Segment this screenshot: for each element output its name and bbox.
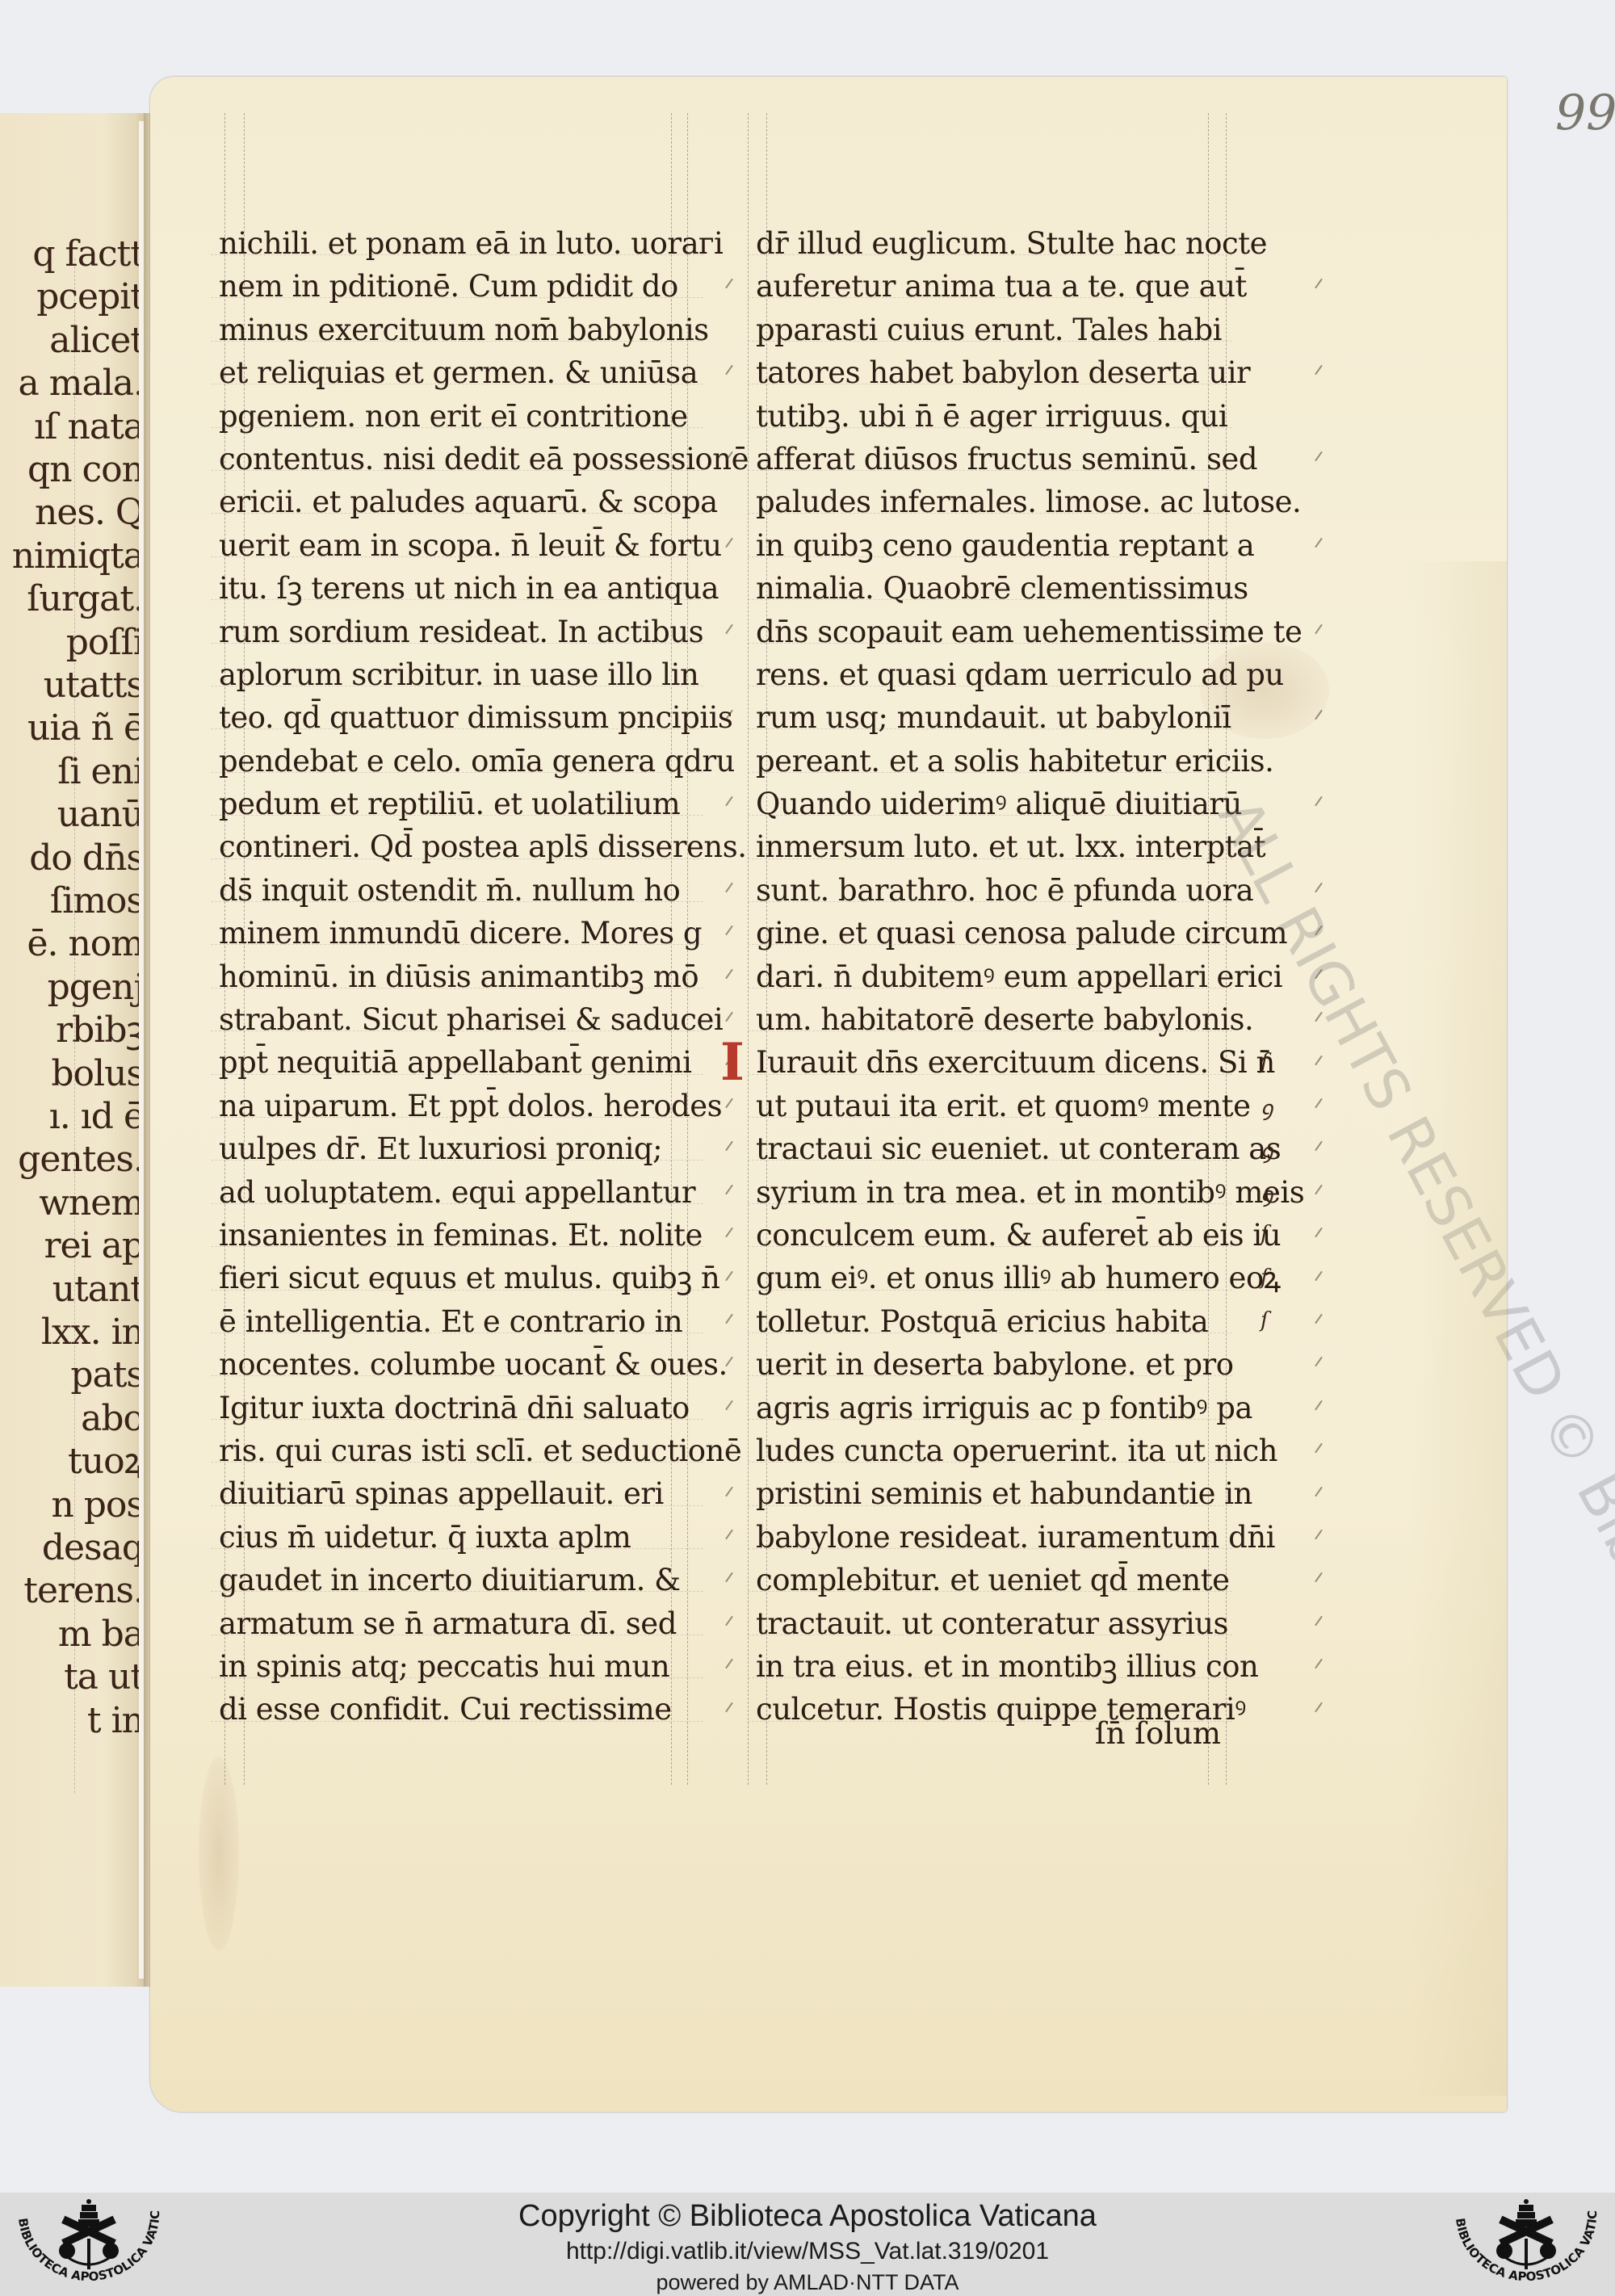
ruling-line bbox=[211, 513, 703, 514]
pricking-mark bbox=[1315, 1400, 1323, 1410]
manuscript-line: complebitur. et ueniet qd̄ mente bbox=[756, 1559, 1273, 1601]
manuscript-line: nimalia. Quaobrē clementissimus bbox=[756, 567, 1273, 610]
facing-page-line: t in bbox=[87, 1702, 144, 1740]
manuscript-line: ris. qui curas isti sclī. et seductionē bbox=[219, 1429, 703, 1472]
ruling-line bbox=[211, 1246, 703, 1247]
rubric-initial: I bbox=[720, 1041, 744, 1084]
manuscript-line: uerit in deserta babylone. et pro bbox=[756, 1343, 1273, 1386]
pricking-mark bbox=[1315, 883, 1323, 893]
pricking-mark bbox=[1315, 1615, 1323, 1626]
ruling-line bbox=[211, 686, 703, 686]
facing-page-line: utant bbox=[52, 1271, 144, 1308]
marginal-mark: ꝯ bbox=[1261, 1179, 1273, 1208]
ruling-line bbox=[748, 1462, 1232, 1463]
pricking-mark bbox=[725, 926, 733, 936]
manuscript-line: uerit eam in scopa. n̄ leuit̄ & fortu bbox=[219, 524, 703, 567]
marginal-mark: ꝯ bbox=[1261, 1135, 1273, 1165]
ruling-line bbox=[211, 944, 703, 945]
facing-page-line: desaq bbox=[42, 1530, 144, 1567]
manuscript-line: auferetur anima tua a te. que aut̄ bbox=[756, 265, 1273, 308]
powered-by-text: powered by AMLAD·NTT DATA bbox=[0, 2270, 1615, 2295]
ruling-line bbox=[211, 341, 703, 342]
pricking-mark bbox=[1315, 1055, 1323, 1065]
facing-page-line: rei ap bbox=[44, 1228, 144, 1265]
manuscript-line: pedum et reptiliū. et uolatilium bbox=[219, 783, 703, 825]
ruling-line bbox=[748, 1290, 1232, 1291]
ruling-line bbox=[748, 643, 1232, 644]
manuscript-line: contineri. Qd̄ postea apls̄ disserens. bbox=[219, 825, 703, 868]
ruling-line bbox=[748, 1074, 1232, 1075]
marginal-mark: ſ bbox=[1261, 1222, 1269, 1246]
pricking-mark bbox=[725, 1400, 733, 1410]
ruling-line bbox=[211, 1721, 703, 1722]
facing-page-line: qn con bbox=[27, 451, 144, 489]
facing-page-line: lxx. in bbox=[41, 1314, 144, 1351]
pricking-mark bbox=[725, 1486, 733, 1496]
manuscript-line: pristini seminis et habundantie in bbox=[756, 1472, 1273, 1515]
facing-page-line: alicet bbox=[49, 322, 144, 359]
facing-page-line: ſi eni bbox=[57, 753, 144, 791]
manuscript-line: nem in pditionē. Cum pdidit do bbox=[219, 265, 703, 308]
manuscript-line: armatum se n̄ armatura dī. sed bbox=[219, 1602, 703, 1645]
ruling-line bbox=[748, 988, 1232, 988]
manuscript-line: pparasti cuius erunt. Tales habi bbox=[756, 309, 1273, 351]
pricking-mark bbox=[725, 1615, 733, 1626]
ruling-line bbox=[748, 944, 1232, 945]
pricking-mark bbox=[725, 365, 733, 376]
ruling-line bbox=[211, 858, 703, 859]
manuscript-line: conculcem eum. & auferet̄ ab eis iu bbox=[756, 1214, 1273, 1257]
pricking-mark bbox=[725, 1141, 733, 1152]
manuscript-line: nichili. et ponam eā in luto. uorагi bbox=[219, 222, 703, 265]
manuscript-line: afferat diūsos fructus seminū. sed bbox=[756, 438, 1273, 481]
manuscript-line-text: Iurauit dn̄s exercituum dicens. Si n̄ bbox=[756, 1045, 1275, 1080]
facing-page-line: ē. nom bbox=[27, 926, 144, 963]
ruling-line bbox=[211, 643, 703, 644]
manuscript-line: ericii. et paludes aquarū. & scopa bbox=[219, 481, 703, 523]
manuscript-line: Quando uiderimꝰ aliquē diuitiarū bbox=[756, 783, 1273, 825]
marginal-mark: ſ bbox=[1261, 1266, 1269, 1290]
facing-page-fragment: q facttpcepitaliceta mala.ıſ nataqn conn… bbox=[0, 113, 147, 1987]
manuscript-line: rum usq; mundauit. ut babyloniī bbox=[756, 696, 1273, 739]
ruling-line bbox=[748, 728, 1232, 729]
ruling-line bbox=[748, 686, 1232, 686]
ruling-line bbox=[211, 1677, 703, 1678]
ruling-line bbox=[211, 1117, 703, 1118]
pricking-mark bbox=[725, 1098, 733, 1109]
manuscript-line: insanientes in feminas. Et. nolite bbox=[219, 1214, 703, 1257]
manuscript-line: Igitur iuxta doctrinā dn̄i saluato bbox=[219, 1387, 703, 1429]
pricking-mark bbox=[725, 1659, 733, 1669]
facing-page-line: ı. ıd ē bbox=[49, 1098, 144, 1135]
facing-page-line: ta ut bbox=[64, 1659, 144, 1696]
ruling-line bbox=[748, 1030, 1232, 1031]
manuscript-line: uulpes dr̄. Et luxuriosi proniq; bbox=[219, 1127, 703, 1170]
pricking-mark bbox=[1315, 623, 1323, 634]
manuscript-line: diuitiarū spinas appellauit. eri bbox=[219, 1472, 703, 1515]
ruling-line bbox=[211, 1203, 703, 1204]
text-column-left: nichili. et ponam eā in luto. uorагinem … bbox=[219, 222, 703, 1731]
ruling-line bbox=[748, 815, 1232, 816]
papal-arms-icon: BIBLIOTECA APOSTOLICA VATICANA bbox=[4, 2190, 174, 2295]
manuscript-line: gine. et quasi cenosa palude circum bbox=[756, 912, 1273, 955]
manuscript-line: IIurauit dn̄s exercituum dicens. Si n̄ bbox=[756, 1041, 1273, 1084]
facing-page-line: pats bbox=[70, 1357, 144, 1394]
facing-page-line: pgenj bbox=[48, 969, 144, 1006]
pricking-mark bbox=[725, 537, 733, 548]
pricking-mark bbox=[725, 279, 733, 289]
ruling-line bbox=[211, 556, 703, 557]
ruling-line bbox=[748, 1677, 1232, 1678]
pricking-mark bbox=[1315, 451, 1323, 462]
facing-page-line: gentes. bbox=[18, 1141, 144, 1178]
pricking-mark bbox=[1315, 1184, 1323, 1194]
pricking-mark bbox=[725, 1184, 733, 1194]
ruling-line bbox=[748, 1548, 1232, 1549]
facing-page-line: n pos bbox=[51, 1487, 144, 1524]
pricking-mark bbox=[1315, 1357, 1323, 1367]
pricking-mark bbox=[1315, 1270, 1323, 1281]
manuscript-line: ut putaui ita erit. et quomꝰ mente bbox=[756, 1085, 1273, 1127]
papal-arms-icon: BIBLIOTECA APOSTOLICA VATICANA bbox=[1441, 2190, 1611, 2295]
manuscript-line: babylone resideat. iuramentum dn̄i bbox=[756, 1516, 1273, 1559]
manuscript-line: in quibꝫ ceno gaudentia reptant a bbox=[756, 524, 1273, 567]
catchword: ſn̄ ſolum bbox=[1095, 1716, 1221, 1751]
pricking-mark bbox=[1315, 968, 1323, 979]
ruling-line bbox=[211, 427, 703, 428]
ruling-line bbox=[748, 1333, 1232, 1333]
manuscript-line: aplorum scribitur. in uase illo lin bbox=[219, 653, 703, 696]
manuscript-line: rens. et quasi qdam uerriculo ad pu bbox=[756, 653, 1273, 696]
manuscript-viewer: q facttpcepitaliceta mala.ıſ nataqn conn… bbox=[0, 0, 1615, 2193]
pricking-mark bbox=[1315, 1141, 1323, 1152]
facing-page-line: nes. Q bbox=[35, 494, 144, 531]
ruling-line bbox=[748, 901, 1232, 902]
pricking-mark bbox=[725, 1012, 733, 1022]
ruling-line bbox=[211, 470, 703, 471]
facing-page-line: poſſi bbox=[66, 624, 144, 661]
ruling-line bbox=[211, 772, 703, 773]
ruling-line bbox=[211, 599, 703, 600]
ruling-line bbox=[748, 1505, 1232, 1506]
manuscript-line: pendebat e celo. omīa genera qdru bbox=[219, 740, 703, 783]
pricking-mark bbox=[725, 623, 733, 634]
manuscript-line: tractauit. ut conteratur assyrius bbox=[756, 1602, 1273, 1645]
ruling-line bbox=[748, 599, 1232, 600]
facing-page-line: do dn̄s bbox=[29, 840, 144, 877]
marginal-mark: ſ bbox=[1261, 1050, 1269, 1074]
ruling-line bbox=[748, 1375, 1232, 1376]
ruling-line bbox=[748, 427, 1232, 428]
pricking-mark bbox=[725, 1572, 733, 1583]
manuscript-line: gaudet in incerto diuitiarum. & bbox=[219, 1559, 703, 1601]
manuscript-line: ad uoluptatem. equi appellantur bbox=[219, 1171, 703, 1214]
manuscript-line: tatores habet babylon deserta uir bbox=[756, 351, 1273, 394]
ruling-line bbox=[211, 815, 703, 816]
ruling-line bbox=[748, 1203, 1232, 1204]
facing-page-line: uia ñ ē bbox=[27, 710, 144, 747]
ruling-line bbox=[211, 1462, 703, 1463]
manuscript-line: itu. ſꝫ terens ut nich in ea antiqua bbox=[219, 567, 703, 610]
manuscript-line: pgeniem. non erit eī contritione bbox=[219, 395, 703, 438]
pricking-mark bbox=[725, 968, 733, 979]
pricking-mark bbox=[1315, 1443, 1323, 1454]
manuscript-line: ds̄ inquit ostendit m̄. nullum ho bbox=[219, 869, 703, 912]
manuscript-line: minus exercituum nom̄ babylonis bbox=[219, 309, 703, 351]
manuscript-line: strabant. Sicut pharisei & saducei bbox=[219, 998, 703, 1041]
ruling-line bbox=[748, 1117, 1232, 1118]
manuscript-line: fieri sicut equus et mulus. quibꝫ n̄ bbox=[219, 1257, 703, 1299]
pricking-mark bbox=[725, 1530, 733, 1540]
manuscript-line: tutibꝫ. ubi n̄ ē ager irriguus. qui bbox=[756, 395, 1273, 438]
pricking-mark bbox=[1315, 1530, 1323, 1540]
manuscript-line: gum eiꝰ. et onus illiꝰ ab humero eoꝝ bbox=[756, 1257, 1273, 1299]
parchment-stain bbox=[199, 1757, 239, 1950]
ruling-line bbox=[211, 988, 703, 988]
ruling-line bbox=[748, 1591, 1232, 1592]
pricking-mark bbox=[1315, 537, 1323, 548]
folio-number: 99 bbox=[1555, 85, 1615, 141]
manuscript-line: syrium in tra mea. et in montibꝰ meis bbox=[756, 1171, 1273, 1214]
pricking-mark bbox=[1315, 1098, 1323, 1109]
manuscript-line: di esse confidit. Cui rectissime bbox=[219, 1688, 703, 1731]
facing-page-line: bolus bbox=[51, 1056, 144, 1093]
marginal-mark: ſ bbox=[1261, 1308, 1269, 1333]
facing-page-line: rbibꝫ bbox=[56, 1012, 144, 1049]
manuscript-line: dn̄s scopauit eam uehementissime te bbox=[756, 611, 1273, 653]
ruling-line bbox=[211, 1375, 703, 1376]
pricking-mark bbox=[1315, 279, 1323, 289]
facing-page-line: uanū bbox=[57, 796, 144, 833]
ruling-line bbox=[748, 297, 1232, 298]
manuscript-line: ē intelligentia. Et e contrario in bbox=[219, 1300, 703, 1343]
pricking-mark bbox=[1315, 926, 1323, 936]
pricking-mark bbox=[1315, 1228, 1323, 1238]
manuscript-line: tolletur. Postquā ericius habita bbox=[756, 1300, 1273, 1343]
marginal-mark: ꝯ bbox=[1261, 1093, 1273, 1122]
pricking-mark bbox=[1315, 365, 1323, 376]
vatican-library-logo-right: BIBLIOTECA APOSTOLICA VATICANA bbox=[1441, 2190, 1611, 2295]
ruling-line bbox=[211, 1290, 703, 1291]
pricking-mark bbox=[725, 796, 733, 807]
pricking-mark bbox=[725, 1702, 733, 1712]
ruling-line bbox=[211, 1333, 703, 1333]
manuscript-line: na uiparum. Et ppt̄ dolos. herodes bbox=[219, 1085, 703, 1127]
copyright-text: Copyright © Biblioteca Apostolica Vatica… bbox=[0, 2199, 1615, 2234]
manuscript-line: ppt̄ nequitiā appellabant̄ genimi bbox=[219, 1041, 703, 1084]
pricking-mark bbox=[1315, 1572, 1323, 1583]
manuscript-line: um. habitatorē deserte babylonis. bbox=[756, 998, 1273, 1041]
pricking-mark bbox=[725, 1270, 733, 1281]
manuscript-line: paludes infernales. limose. ac lutose. bbox=[756, 481, 1273, 523]
manuscript-line: agris agris irriguis ac p fontibꝰ pa bbox=[756, 1387, 1273, 1429]
pricking-mark bbox=[1315, 1659, 1323, 1669]
ruling-line bbox=[748, 1246, 1232, 1247]
ruling-line bbox=[748, 254, 1232, 255]
facing-page-line: ſurgat. bbox=[27, 581, 144, 618]
vatican-library-logo-left: BIBLIOTECA APOSTOLICA VATICANA bbox=[4, 2190, 174, 2295]
text-column-right: dr̄ illud euglicum. Stulte hac nocteaufe… bbox=[756, 222, 1273, 1731]
manuscript-line: in tra eius. et in montibꝫ illius con bbox=[756, 1645, 1273, 1688]
manuscript-line: inmersum luto. et ut. lxx. interptat̄ bbox=[756, 825, 1273, 868]
facing-page-line: q factt bbox=[32, 236, 144, 273]
manuscript-line: pereant. et a solis habitetur ericiis. bbox=[756, 740, 1273, 783]
manuscript-folio: 99 nichili. et ponam eā in luto. uorагin… bbox=[150, 77, 1507, 2112]
ruling-line bbox=[211, 901, 703, 902]
ruling-line bbox=[748, 341, 1232, 342]
pricking-mark bbox=[1315, 1012, 1323, 1022]
manuscript-line: sunt. barathro. hoc ē pfunda uora bbox=[756, 869, 1273, 912]
manuscript-line: hominū. in diūsis animantibꝫ mō bbox=[219, 955, 703, 998]
ruling-line bbox=[748, 1419, 1232, 1420]
pricking-mark bbox=[725, 1314, 733, 1324]
manuscript-line: in spinis atq; peccatis hui mun bbox=[219, 1645, 703, 1688]
manuscript-line: cius m̄ uidetur. q̄ iuxta aplm bbox=[219, 1516, 703, 1559]
ruling-line bbox=[748, 1635, 1232, 1635]
facing-page-line: terens. bbox=[23, 1572, 144, 1610]
pricking-mark bbox=[1315, 1702, 1323, 1712]
ruling-line bbox=[211, 1160, 703, 1161]
manuscript-line: ludes cuncta operuerint. ita ut nich bbox=[756, 1429, 1273, 1472]
manuscript-line: rum sordium resideat. In actibus bbox=[219, 611, 703, 653]
facing-page-line: pcepit bbox=[36, 279, 144, 316]
ruling-line bbox=[211, 1030, 703, 1031]
facing-page-line: m ba bbox=[58, 1616, 144, 1653]
pricking-mark bbox=[725, 883, 733, 893]
manuscript-line: et reliquias et germen. & uniūsa bbox=[219, 351, 703, 394]
pricking-mark bbox=[1315, 796, 1323, 807]
manuscript-line: tractaui sic eueniet. ut conteram as bbox=[756, 1127, 1273, 1170]
ruling-line bbox=[211, 1505, 703, 1506]
ruling-line bbox=[748, 384, 1232, 384]
facing-page-line: ſimos bbox=[50, 883, 144, 920]
ruling-line bbox=[211, 728, 703, 729]
ruling-line bbox=[211, 1419, 703, 1420]
ruling-line bbox=[748, 772, 1232, 773]
manuscript-line: dr̄ illud euglicum. Stulte hac nocte bbox=[756, 222, 1273, 265]
source-url[interactable]: http://digi.vatlib.it/view/MSS_Vat.lat.3… bbox=[0, 2238, 1615, 2265]
ruling-line bbox=[748, 470, 1232, 471]
pricking-mark bbox=[1315, 1486, 1323, 1496]
facing-page-line: tuoꝝ bbox=[68, 1443, 144, 1480]
manuscript-line: teo. qd̄ quattuor dimissum pncipiis bbox=[219, 696, 703, 739]
ruling-line bbox=[211, 1635, 703, 1635]
footer-bar: Copyright © Biblioteca Apostolica Vatica… bbox=[0, 2193, 1615, 2296]
facing-page-line: wnem bbox=[39, 1185, 144, 1222]
ruling-line bbox=[211, 1074, 703, 1075]
facing-page-line: nimiqta bbox=[12, 538, 144, 575]
ruling-line bbox=[748, 513, 1232, 514]
ruling-line bbox=[211, 384, 703, 384]
facing-page-line: utatts bbox=[44, 667, 144, 704]
ruling-line bbox=[748, 556, 1232, 557]
ruling-line bbox=[211, 1548, 703, 1549]
manuscript-line: nocentes. columbe uocant̄ & oues. bbox=[219, 1343, 703, 1386]
ruling-line bbox=[211, 254, 703, 255]
ruling-line bbox=[211, 1591, 703, 1592]
manuscript-line: contentus. nisi dedit eā possessionē bbox=[219, 438, 703, 481]
ruling-line bbox=[748, 858, 1232, 859]
manuscript-line: dari. n̄ dubitemꝰ eum appellari erici bbox=[756, 955, 1273, 998]
facing-page-line: abo bbox=[81, 1400, 144, 1438]
facing-page-line: a mala. bbox=[19, 365, 144, 402]
pricking-mark bbox=[1315, 1314, 1323, 1324]
ruling-line bbox=[211, 297, 703, 298]
manuscript-line: minem inmundū dicere. Mores g bbox=[219, 912, 703, 955]
ruling-line bbox=[748, 1160, 1232, 1161]
pricking-mark bbox=[725, 1228, 733, 1238]
ruling-line bbox=[748, 113, 749, 1785]
facing-page-line: ıſ nata bbox=[34, 409, 144, 446]
